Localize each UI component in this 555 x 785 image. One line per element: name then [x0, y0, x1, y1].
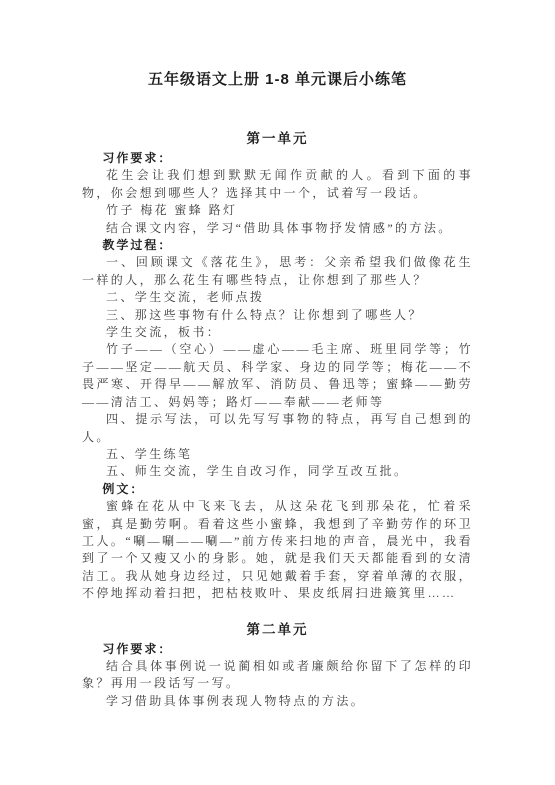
unit-1-step-4: 四、提示写法，可以先写写事物的特点，再写自己想到的人。 — [82, 411, 473, 446]
unit-1-step-3: 三、那这些事物有什么特点？让你想到了哪些人？ — [82, 307, 473, 324]
unit-1-step-5a: 五、学生练笔 — [82, 446, 473, 463]
unit-1-para-requirement-intro: 花生会让我们想到默默无闻作贡献的人。看到下面的事物，你会想到哪些人？选择其中一个… — [82, 167, 473, 202]
unit-1-heading: 第一单元 — [82, 130, 473, 148]
unit-1-para-keywords: 竹子 梅花 蜜蜂 路灯 — [82, 202, 473, 219]
unit-1-example-text: 蜜蜂在花从中飞来飞去，从这朵花飞到那朵花，忙着采蜜，真是勤劳啊。看着这些小蜜蜂，… — [82, 498, 473, 602]
unit-1-label-example: 例文： — [82, 481, 473, 498]
unit-1-board-writing: 竹子——（空心）——虚心——毛主席、班里同学等；竹子——坚定——航天员、科学家、… — [82, 341, 473, 411]
unit-1-label-teaching-process: 教学过程： — [82, 237, 473, 254]
unit-1-step-1: 一、回顾课文《落花生》，思考：父亲希望我们做像花生一样的人，那么花生有哪些特点，… — [82, 254, 473, 289]
unit-1-label-writing-requirements: 习作要求： — [82, 150, 473, 167]
unit-2-label-writing-requirements: 习作要求： — [82, 641, 473, 658]
unit-2-para-requirement-intro: 结合具体事例说一说蔺相如或者廉颇给你留下了怎样的印象？再用一段话写一写。 — [82, 658, 473, 693]
unit-2-heading: 第二单元 — [82, 621, 473, 639]
unit-2-para-method: 学习借助具体事例表现人物特点的方法。 — [82, 693, 473, 710]
doc-title: 五年级语文上册 1-8 单元课后小练笔 — [82, 70, 473, 90]
unit-1-step-5b: 五、师生交流，学生自改习作，同学互改互批。 — [82, 463, 473, 480]
document-page: 五年级语文上册 1-8 单元课后小练笔 第一单元 习作要求： 花生会让我们想到默… — [0, 0, 555, 785]
unit-1-board-writing-intro: 学生交流，板书： — [82, 324, 473, 341]
unit-1-step-2: 二、学生交流，老师点拨 — [82, 289, 473, 306]
unit-1-para-method: 结合课文内容，学习“借助具体事物抒发情感”的方法。 — [82, 220, 473, 237]
